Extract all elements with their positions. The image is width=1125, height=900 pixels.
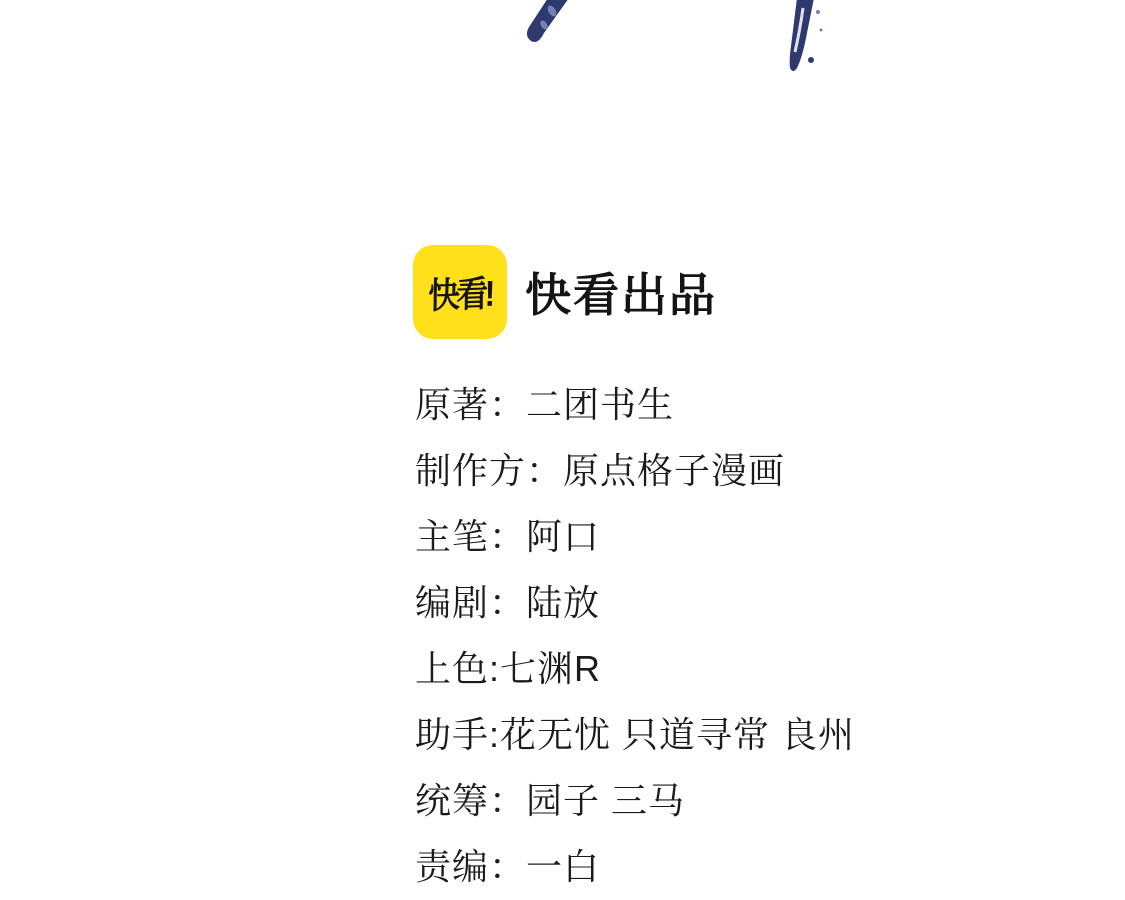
credit-line-lead-artist: 主笔：阿口 (415, 504, 855, 570)
production-label: 快看出品 (525, 259, 717, 325)
publisher-row: 快看! 快看出品 (413, 245, 717, 339)
credit-line-editor: 责编：一白 (415, 834, 855, 900)
kuaikan-logo-text: 快看! (428, 265, 492, 318)
credit-line-coordinators: 统筹：园子 三马 (415, 768, 855, 834)
kuaikan-logo: 快看! (413, 245, 507, 339)
credits-list: 原著：二团书生 制作方：原点格子漫画 主笔：阿口 编剧：陆放 上色:七渊R 助手… (415, 372, 855, 900)
brush-speckle (816, 10, 820, 14)
credit-line-original-author: 原著：二团书生 (415, 372, 855, 438)
brush-stroke-left (527, 0, 569, 42)
calligraphy-brush-strokes-icon (0, 0, 1125, 110)
brush-speckle (808, 57, 814, 63)
credit-line-screenwriter: 编剧：陆放 (415, 570, 855, 636)
credit-line-colorist: 上色:七渊R (415, 636, 855, 702)
brush-speckle (820, 29, 823, 32)
credit-line-assistants: 助手:花无忧 只道寻常 良州 (415, 702, 855, 768)
credit-line-producer: 制作方：原点格子漫画 (415, 438, 855, 504)
comic-credits-page: 快看! 快看出品 原著：二团书生 制作方：原点格子漫画 主笔：阿口 编剧：陆放 … (0, 0, 1125, 900)
